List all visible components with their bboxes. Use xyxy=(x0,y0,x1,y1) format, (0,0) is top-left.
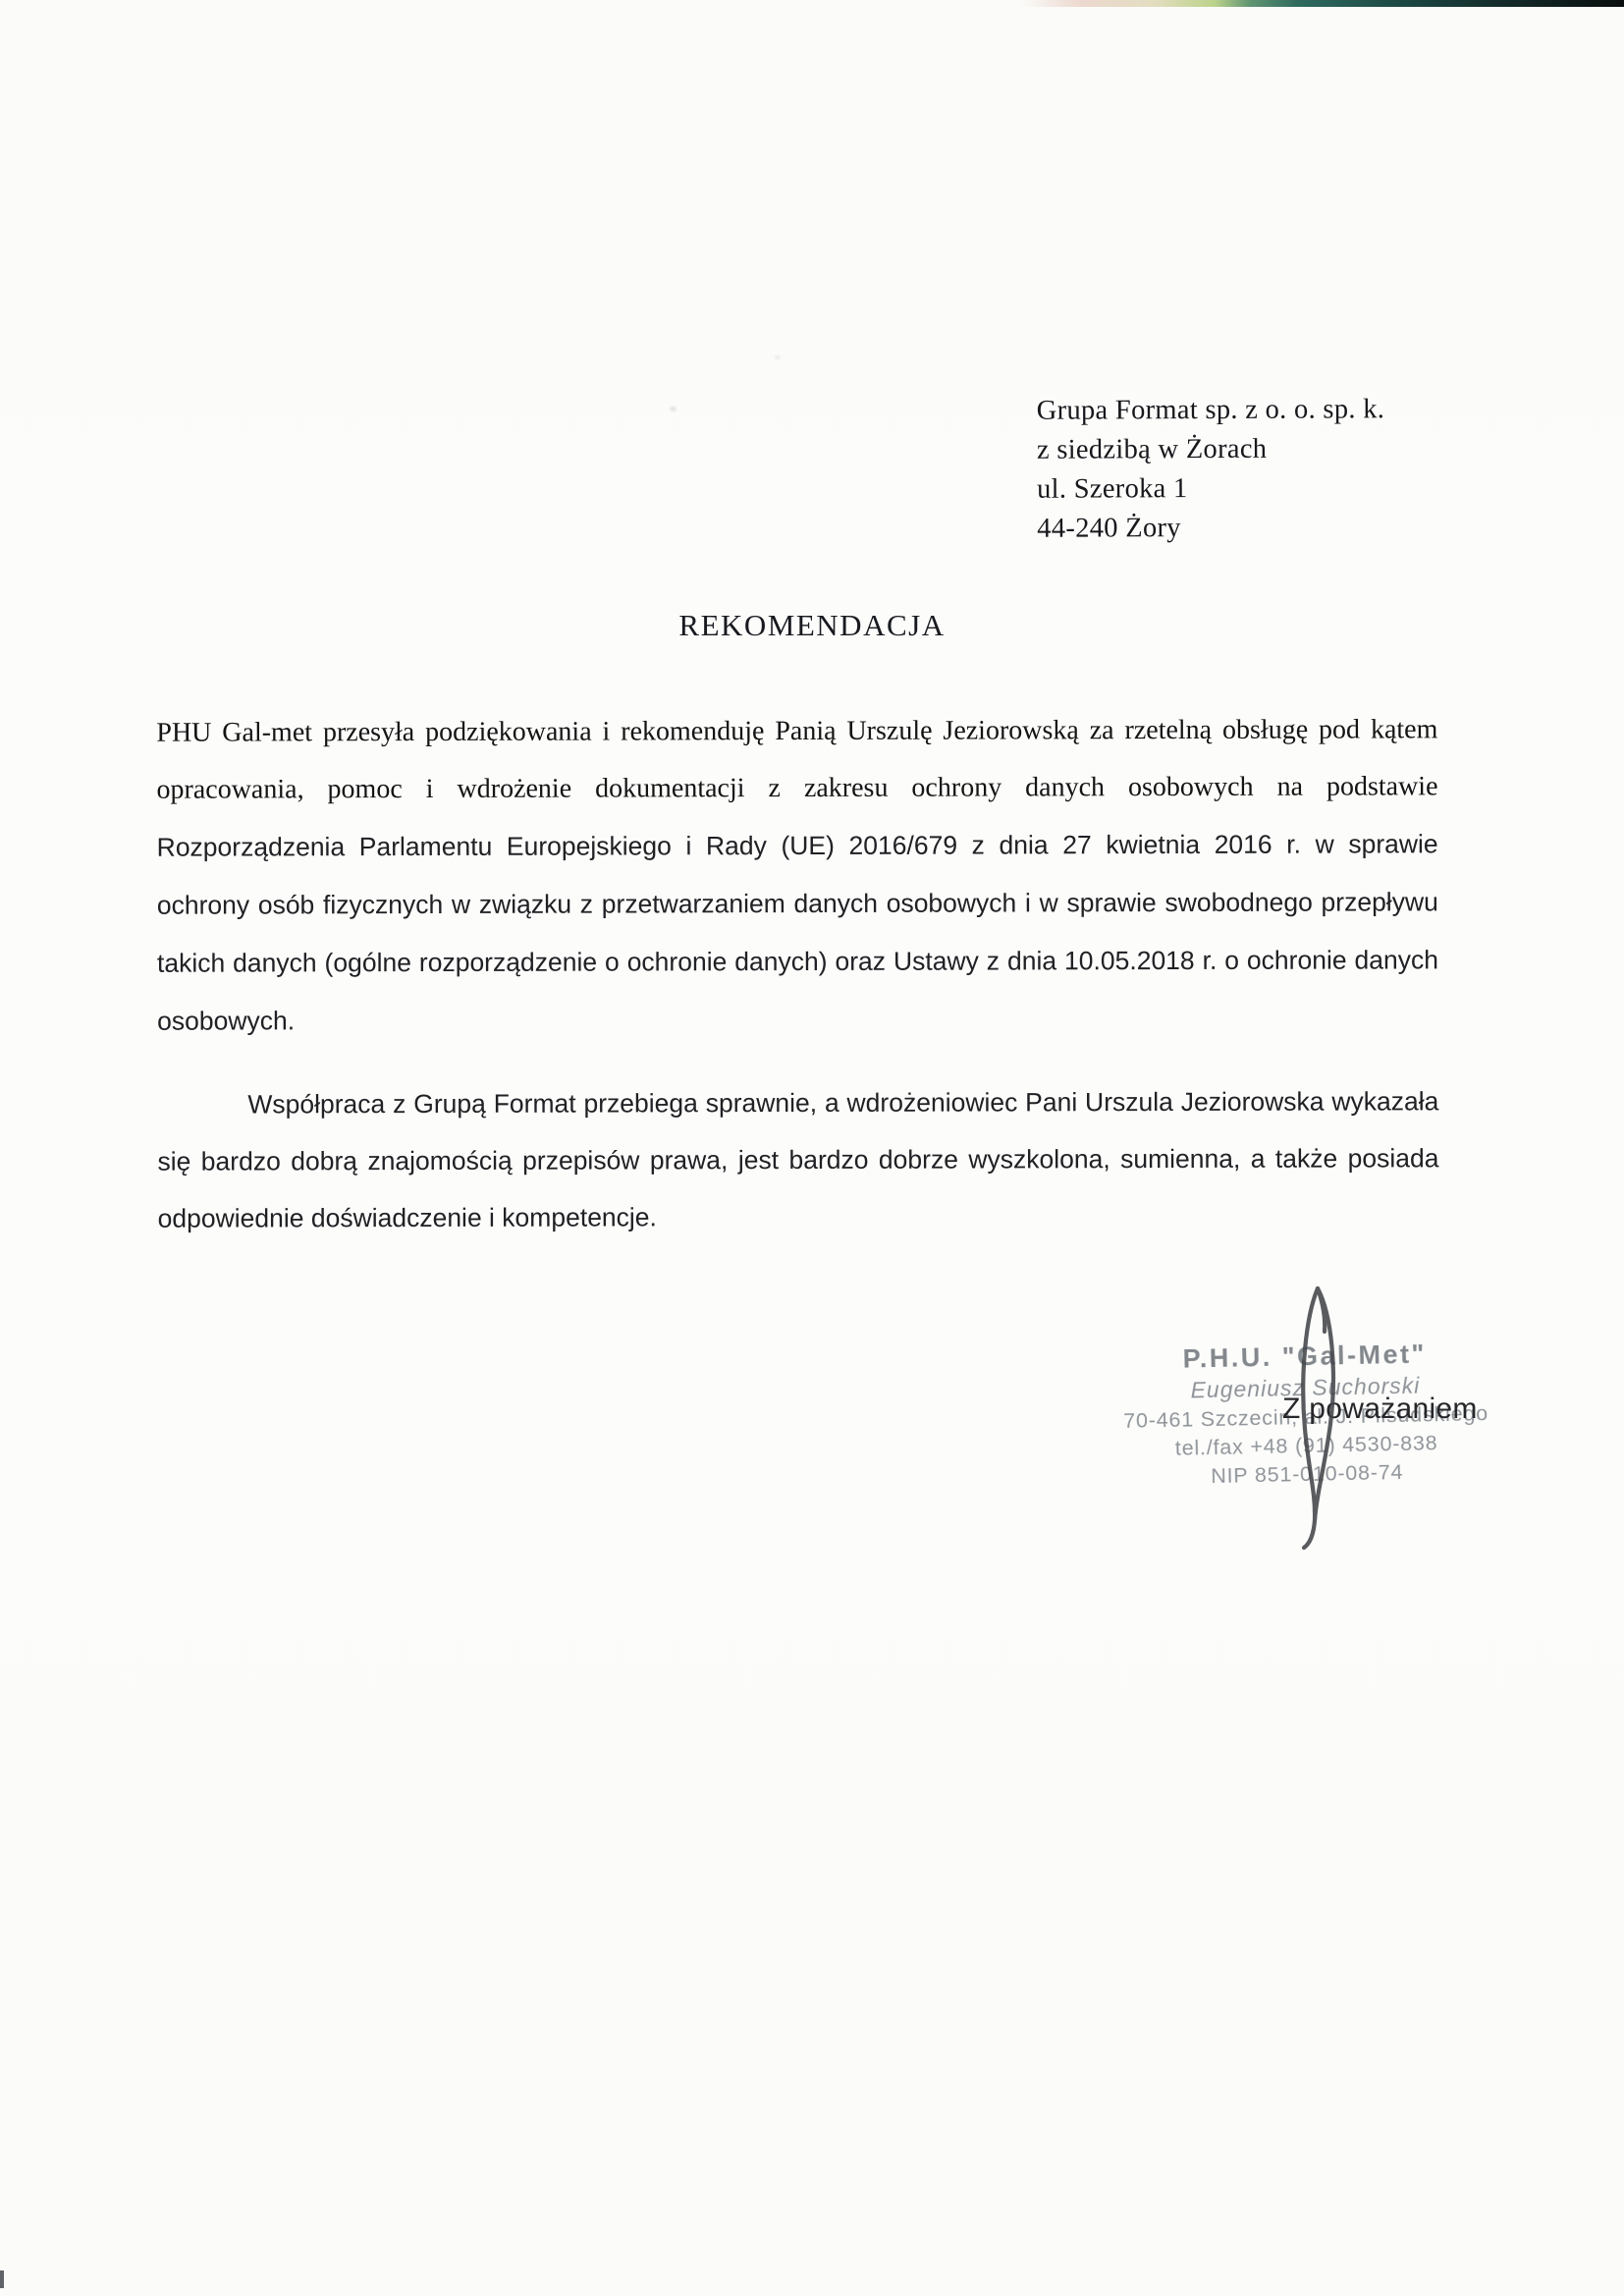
paragraph-1-serif-run: PHU Gal-met przesyła podziękowania i rek… xyxy=(156,714,1437,804)
scan-speck xyxy=(775,355,781,359)
recipient-company: Grupa Format sp. z o. o. sp. k. xyxy=(1037,390,1385,431)
recipient-seat: z siedzibą w Żorach xyxy=(1037,429,1385,470)
paragraph-1: PHU Gal-met przesyła podziękowania i rek… xyxy=(156,701,1438,1050)
scan-edge-artifact xyxy=(1021,0,1624,7)
paragraph-1-sans-run: Rozporządzenia Parlamentu Europejskiego … xyxy=(157,829,1438,1035)
recipient-street: ul. Szeroka 1 xyxy=(1037,468,1385,510)
signature-scribble xyxy=(1227,1257,1473,1571)
recipient-address: Grupa Format sp. z o. o. sp. k. z siedzi… xyxy=(1037,390,1385,549)
scan-edge-tick xyxy=(0,2270,4,2288)
paragraph-2: Współpraca z Grupą Format przebiega spra… xyxy=(157,1072,1438,1246)
scan-speck xyxy=(670,407,677,411)
recipient-city: 44-240 Żory xyxy=(1037,508,1385,549)
scanned-letter-page: Grupa Format sp. z o. o. sp. k. z siedzi… xyxy=(0,0,1624,2296)
letter-body: PHU Gal-met przesyła podziękowania i rek… xyxy=(156,701,1438,1246)
letter-title: REKOMENDACJA xyxy=(0,608,1624,643)
